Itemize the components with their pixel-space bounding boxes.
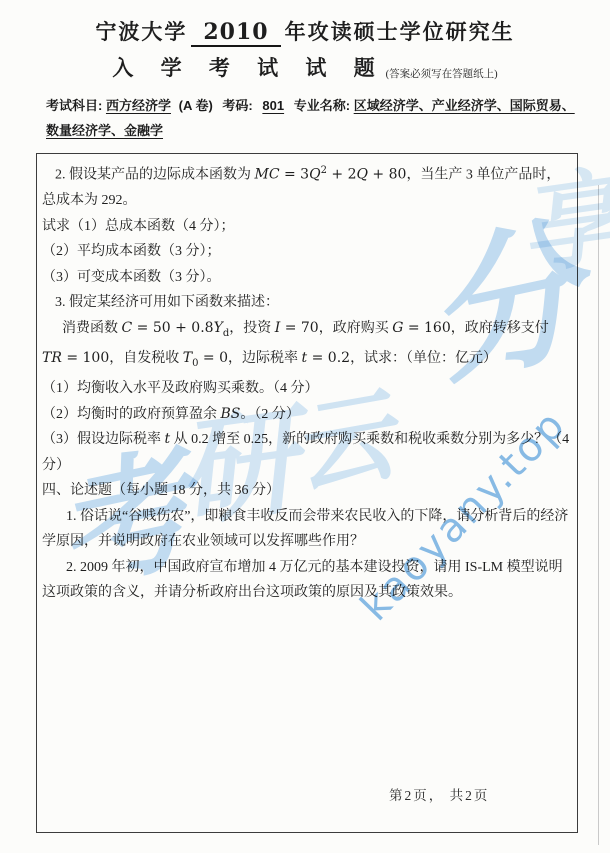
page-number: 第2页， 共2页 — [389, 783, 489, 809]
mc-eq-part3: + 80 — [368, 167, 406, 183]
sub3-text: （3）假设边际税率 — [42, 432, 165, 447]
exam-info-line1: 考试科目: 西方经济学 (A 卷) 考码: 801 专业名称: 区域经济学、产业… — [46, 93, 578, 118]
university-name: 宁波大学 — [95, 20, 187, 44]
mc-variable: MC — [255, 167, 280, 183]
exam-code-label: 考码: — [222, 98, 252, 113]
c-eq: = 50 + 0.8 — [132, 320, 213, 336]
investment-label: ，投资 — [229, 321, 275, 336]
t0-variable: T — [183, 350, 192, 366]
bs-variable: BS — [221, 406, 241, 422]
autonomous-tax-label: ，自发税收 — [109, 351, 183, 366]
marginal-tax-label: ，边际税率 — [228, 351, 302, 366]
question-3-sub-2: （2）均衡时的政府预算盈余 BS。（2 分） — [42, 402, 570, 428]
tr-variable: TR — [42, 350, 62, 366]
consumption-label: 消费函数 — [62, 321, 122, 336]
question-3-intro: 3. 假定某经济可用如下函数来描述： — [42, 290, 570, 316]
title-suffix: 年攻读硕士学位研究生 — [285, 20, 515, 44]
exam-major-label: 专业名称: — [294, 98, 350, 113]
tr-eq: = 100 — [62, 350, 109, 366]
question-2-intro: 2. 假设某产品的边际成本函数为 MC = 3Q2 + 2Q + 80，当生产 … — [42, 158, 570, 214]
q-variable2: Q — [357, 167, 368, 183]
exam-subject-value: 西方经济学 — [106, 98, 171, 113]
page-title: 宁波大学2010年攻读硕士学位研究生 — [0, 16, 610, 47]
q-variable: Q — [309, 167, 320, 183]
g-variable: G — [392, 320, 403, 336]
question-2-sub-2: （2）平均成本函数（3 分）； — [42, 239, 570, 265]
question-2-sub-1: 试求（1）总成本函数（4 分）； — [42, 214, 570, 240]
question-3-sub-3: （3）假设边际税率 t 从 0.2 增至 0.25，新的政府购买乘数和税收乘数分… — [42, 427, 570, 478]
transfer-label: ，政府转移支付 — [451, 321, 549, 336]
gov-purchase-label: ，政府购买 — [319, 321, 393, 336]
essay-question-1: 1. 俗话说“谷贱伤农”，即粮食丰收反而会带来农民收入的下降，请分析背后的经济学… — [42, 504, 570, 555]
exam-majors-line2: 数量经济学、金融学 — [46, 123, 163, 138]
question-3-sub-1: （1）均衡收入水平及政府购买乘数。（4 分） — [42, 376, 570, 402]
g-eq: = 160 — [403, 320, 450, 336]
mc-eq-part: = 3 — [280, 167, 310, 183]
exam-subject-label: 考试科目: — [46, 98, 102, 113]
scan-edge-line — [598, 185, 599, 845]
exam-paper-page: 宁波大学2010年攻读硕士学位研究生 入 学 考 试 试 题(答案必须写在答题纸… — [0, 0, 610, 853]
units-note: ，试求：（单位：亿元） — [350, 351, 497, 366]
t-eq: = 0.2 — [307, 350, 350, 366]
exam-majors-line1: 区域经济学、产业经济学、国际贸易、 — [354, 98, 575, 113]
i-eq: = 70 — [280, 320, 318, 336]
exam-title: 入 学 考 试 试 题 — [112, 56, 385, 80]
t0-eq: = 0 — [198, 350, 228, 366]
question-box: 2. 假设某产品的边际成本函数为 MC = 3Q2 + 2Q + 80，当生产 … — [36, 153, 578, 833]
c-variable: C — [122, 320, 133, 336]
essay-question-2: 2. 2009 年初，中国政府宣布增加 4 万亿元的基本建设投资，请用 IS-L… — [42, 555, 570, 606]
question-3-functions: 消费函数 C = 50 + 0.8Yd，投资 I = 70，政府购买 G = 1… — [42, 316, 570, 377]
mc-eq-part2: + 2 — [327, 167, 357, 183]
exam-info-block: 考试科目: 西方经济学 (A 卷) 考码: 801 专业名称: 区域经济学、产业… — [46, 93, 578, 143]
exam-paper-type: (A 卷) — [179, 98, 213, 113]
exam-title-line: 入 学 考 试 试 题(答案必须写在答题纸上) — [0, 52, 610, 82]
exam-info-line2: 数量经济学、金融学 — [46, 118, 578, 143]
sub2-text: （2）均衡时的政府预算盈余 — [42, 407, 221, 422]
question-2-sub-3: （3）可变成本函数（3 分）。 — [42, 265, 570, 291]
yd-variable: Y — [214, 320, 223, 336]
exam-title-note: (答案必须写在答题纸上) — [386, 69, 498, 80]
exam-code-value: 801 — [262, 98, 284, 113]
sub2-score: 。（2 分） — [240, 407, 300, 422]
section-4-heading: 四、论述题（每小题 18 分，共 36 分） — [42, 478, 570, 504]
year-underlined: 2010 — [191, 19, 280, 47]
question-2-text: 2. 假设某产品的边际成本函数为 — [55, 168, 255, 183]
